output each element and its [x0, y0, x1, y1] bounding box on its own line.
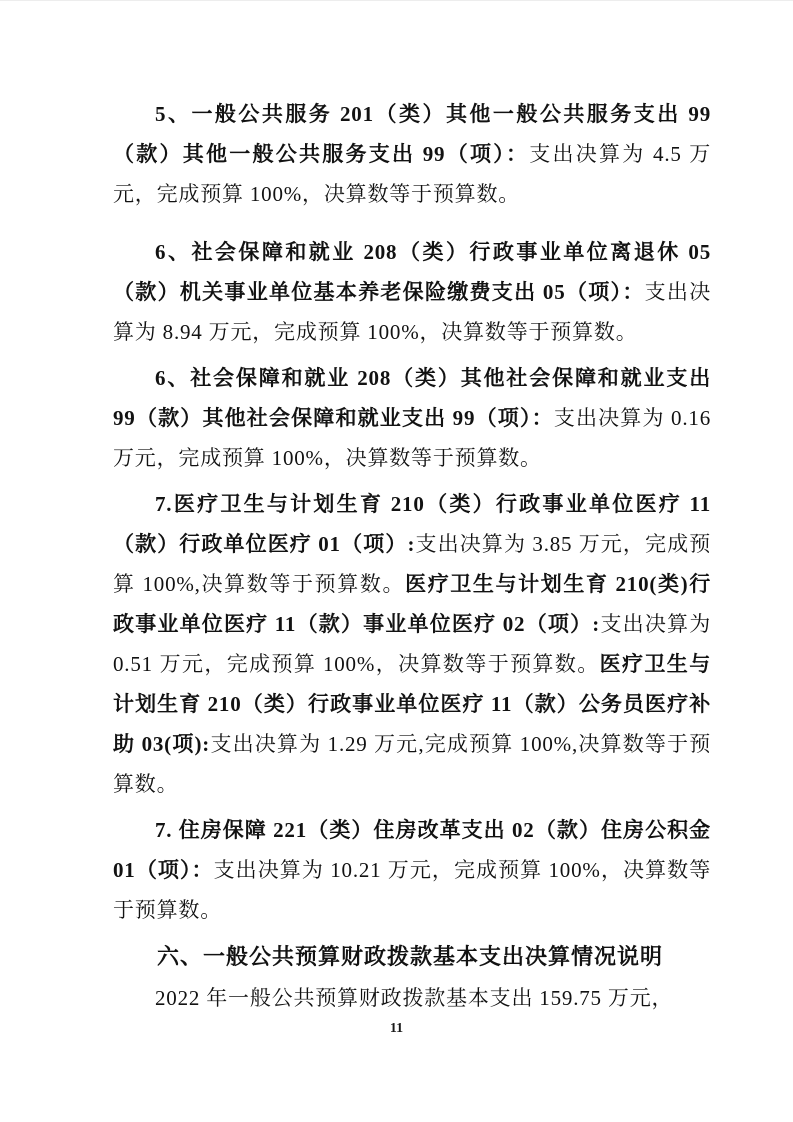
page-number: 11	[0, 1021, 793, 1037]
para-item-6-social-security-other: 6、社会保障和就业 208（类）其他社会保障和就业支出 99（款）其他社会保障和…	[113, 358, 711, 478]
para-item-7-medical-health: 7.医疗卫生与计划生育 210（类）行政事业单位医疗 11（款）行政单位医疗 0…	[113, 484, 711, 804]
para-item-5-general-public-services: 5、一般公共服务 201（类）其他一般公共服务支出 99（款）其他一般公共服务支…	[113, 94, 711, 214]
section-heading: 六、一般公共预算财政拨款基本支出决算情况说明	[113, 936, 711, 978]
document-page: 5、一般公共服务 201（类）其他一般公共服务支出 99（款）其他一般公共服务支…	[0, 0, 793, 1122]
para-lead-bold: 6、社会保障和就业 208（类）行政事业单位离退休 05（款）机关事业单位基本养…	[113, 240, 711, 304]
para-item-7-housing-security: 7. 住房保障 221（类）住房改革支出 02（款）住房公积金 01（项）：支出…	[113, 810, 711, 930]
para-item-6-social-security-retirement: 6、社会保障和就业 208（类）行政事业单位离退休 05（款）机关事业单位基本养…	[113, 232, 711, 352]
page-content: 5、一般公共服务 201（类）其他一般公共服务支出 99（款）其他一般公共服务支…	[113, 94, 711, 1018]
para-closing: 2022 年一般公共预算财政拨款基本支出 159.75 万元，	[113, 978, 711, 1018]
